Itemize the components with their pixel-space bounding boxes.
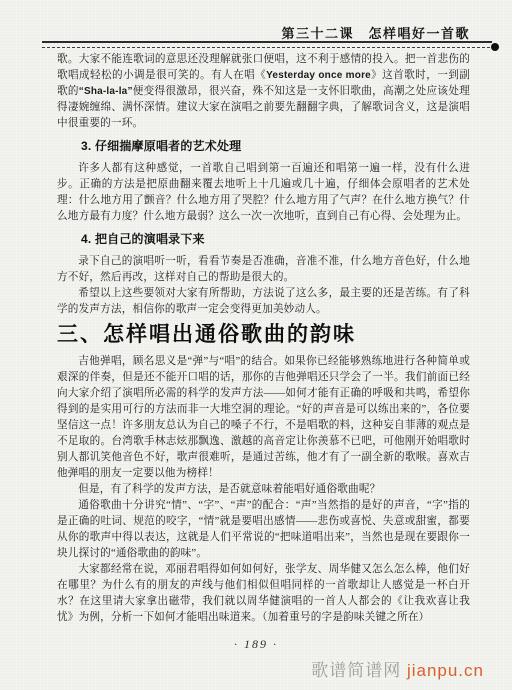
- paragraph-qing-zi-sheng: 通俗歌曲十分讲究“情”、“字”、“声”的配合：“声”当然指的是好的声音，“字”指…: [57, 498, 470, 562]
- paragraph-example-analysis: 大家都经常在说，邓丽君唱得如何如何好，张学友、周华健又怎么怎么棒，他们好在哪里？…: [57, 562, 470, 626]
- subheading-3-study-original-singer: 3. 仔细揣摩原唱者的艺术处理: [57, 138, 470, 154]
- section-heading-pop-song-flavor: 三、怎样唱出通俗歌曲的韵味: [57, 327, 470, 343]
- running-header-lesson-title: 第三十二课 怎样唱好一首歌: [281, 23, 470, 42]
- paragraph-guitar-playing-singing: 吉他弹唱，顾名思义是“弹”与“唱”的结合。如果你已经能够熟练地进行各种简单或艰深…: [57, 354, 470, 482]
- header-rule-solid: [42, 41, 492, 43]
- watermark-url: jianpu.cn: [407, 661, 484, 680]
- page-body: 歌。大家不能连歌词的意思还没理解就张口便唱，这不利于感情的投入。把一首悲伤的歌唱…: [57, 52, 470, 626]
- header-rule-bullet: [491, 43, 499, 51]
- english-lyric-fragment: “Sha-la-la”: [79, 86, 133, 97]
- paragraph-hope-practice: 希望以上这些要领对大家有所帮助，方法说了这么多，最主要的还是苦练。有了科学的发声…: [57, 286, 470, 318]
- paragraph-question-scientific-method: 但是，有了科学的发声方法，是否就意味着能唱好通俗歌曲呢？: [57, 482, 470, 498]
- english-song-title: Yesterday once more: [266, 70, 371, 81]
- subheading-4-record-your-singing: 4. 把自己的演唱录下来: [57, 231, 470, 247]
- watermark-site-name: 歌谱简谱网: [311, 661, 407, 680]
- scanned-book-page: 第三十二课 怎样唱好一首歌 歌。大家不能连歌词的意思还没理解就张口便唱，这不利于…: [0, 0, 512, 690]
- paragraph-study-original: 许多人都有这种感觉，一首歌自己唱到第一百遍还和唱第一遍一样，没有什么进步。正确的…: [57, 161, 470, 225]
- page-number: · 189 ·: [0, 637, 512, 652]
- watermark: 歌谱简谱网 jianpu.cn: [311, 656, 484, 681]
- paragraph-continued: 歌。大家不能连歌词的意思还没理解就张口便唱，这不利于感情的投入。把一首悲伤的歌唱…: [57, 52, 470, 132]
- paragraph-record-singing: 录下自己的演唱听一听，看看节奏是否准确，音准不准，什么地方音色好，什么地方不好，…: [57, 254, 470, 286]
- header-rule-dashed: [42, 47, 490, 48]
